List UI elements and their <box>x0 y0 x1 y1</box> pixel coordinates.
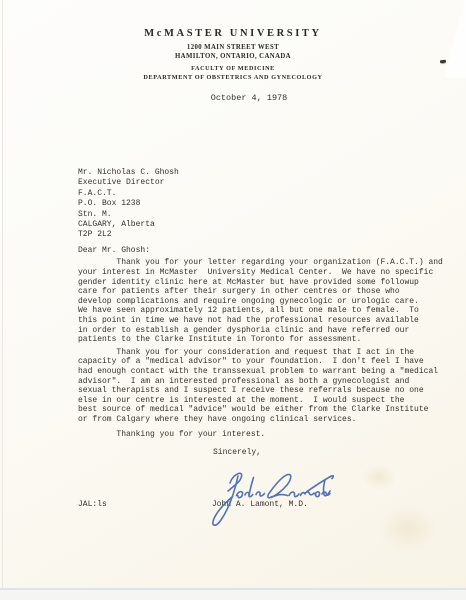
signature-handwritten <box>204 468 334 532</box>
letter-page: McMASTER UNIVERSITY 1200 MAIN STREET WES… <box>0 0 466 600</box>
body-paragraph-2: Thank you for your consideration and req… <box>78 348 446 425</box>
body-paragraph-1: Thank you for your letter regarding your… <box>78 258 446 344</box>
letterhead-faculty: FACULTY OF MEDICINE <box>0 64 466 73</box>
letterhead: McMASTER UNIVERSITY 1200 MAIN STREET WES… <box>0 0 466 103</box>
paper-left-edge <box>2 0 3 588</box>
closing-sincerely: Sincerely, <box>213 448 446 458</box>
letterhead-address-line1: 1200 MAIN STREET WEST <box>0 44 466 53</box>
letterhead-department: DEPARTMENT OF OBSTETRICS AND GYNECOLOGY <box>0 73 466 82</box>
university-name: McMASTER UNIVERSITY <box>0 28 466 40</box>
paper-stain <box>378 506 438 552</box>
recipient-address: Mr. Nicholas C. Ghosh Executive Director… <box>78 168 446 241</box>
paper-bottom-edge <box>0 588 466 600</box>
letterhead-address-line2: HAMILTON, ONTARIO, CANADA <box>0 53 466 62</box>
paper-corner <box>436 0 466 78</box>
letter-date: October 4, 1978 <box>16 93 466 103</box>
typist-initials: JAL:ls <box>78 500 107 510</box>
body-paragraph-3: Thanking you for your interest. <box>78 430 446 440</box>
letter-body: Mr. Nicholas C. Ghosh Executive Director… <box>0 168 466 509</box>
salutation: Dear Mr. Ghosh: <box>78 246 446 256</box>
